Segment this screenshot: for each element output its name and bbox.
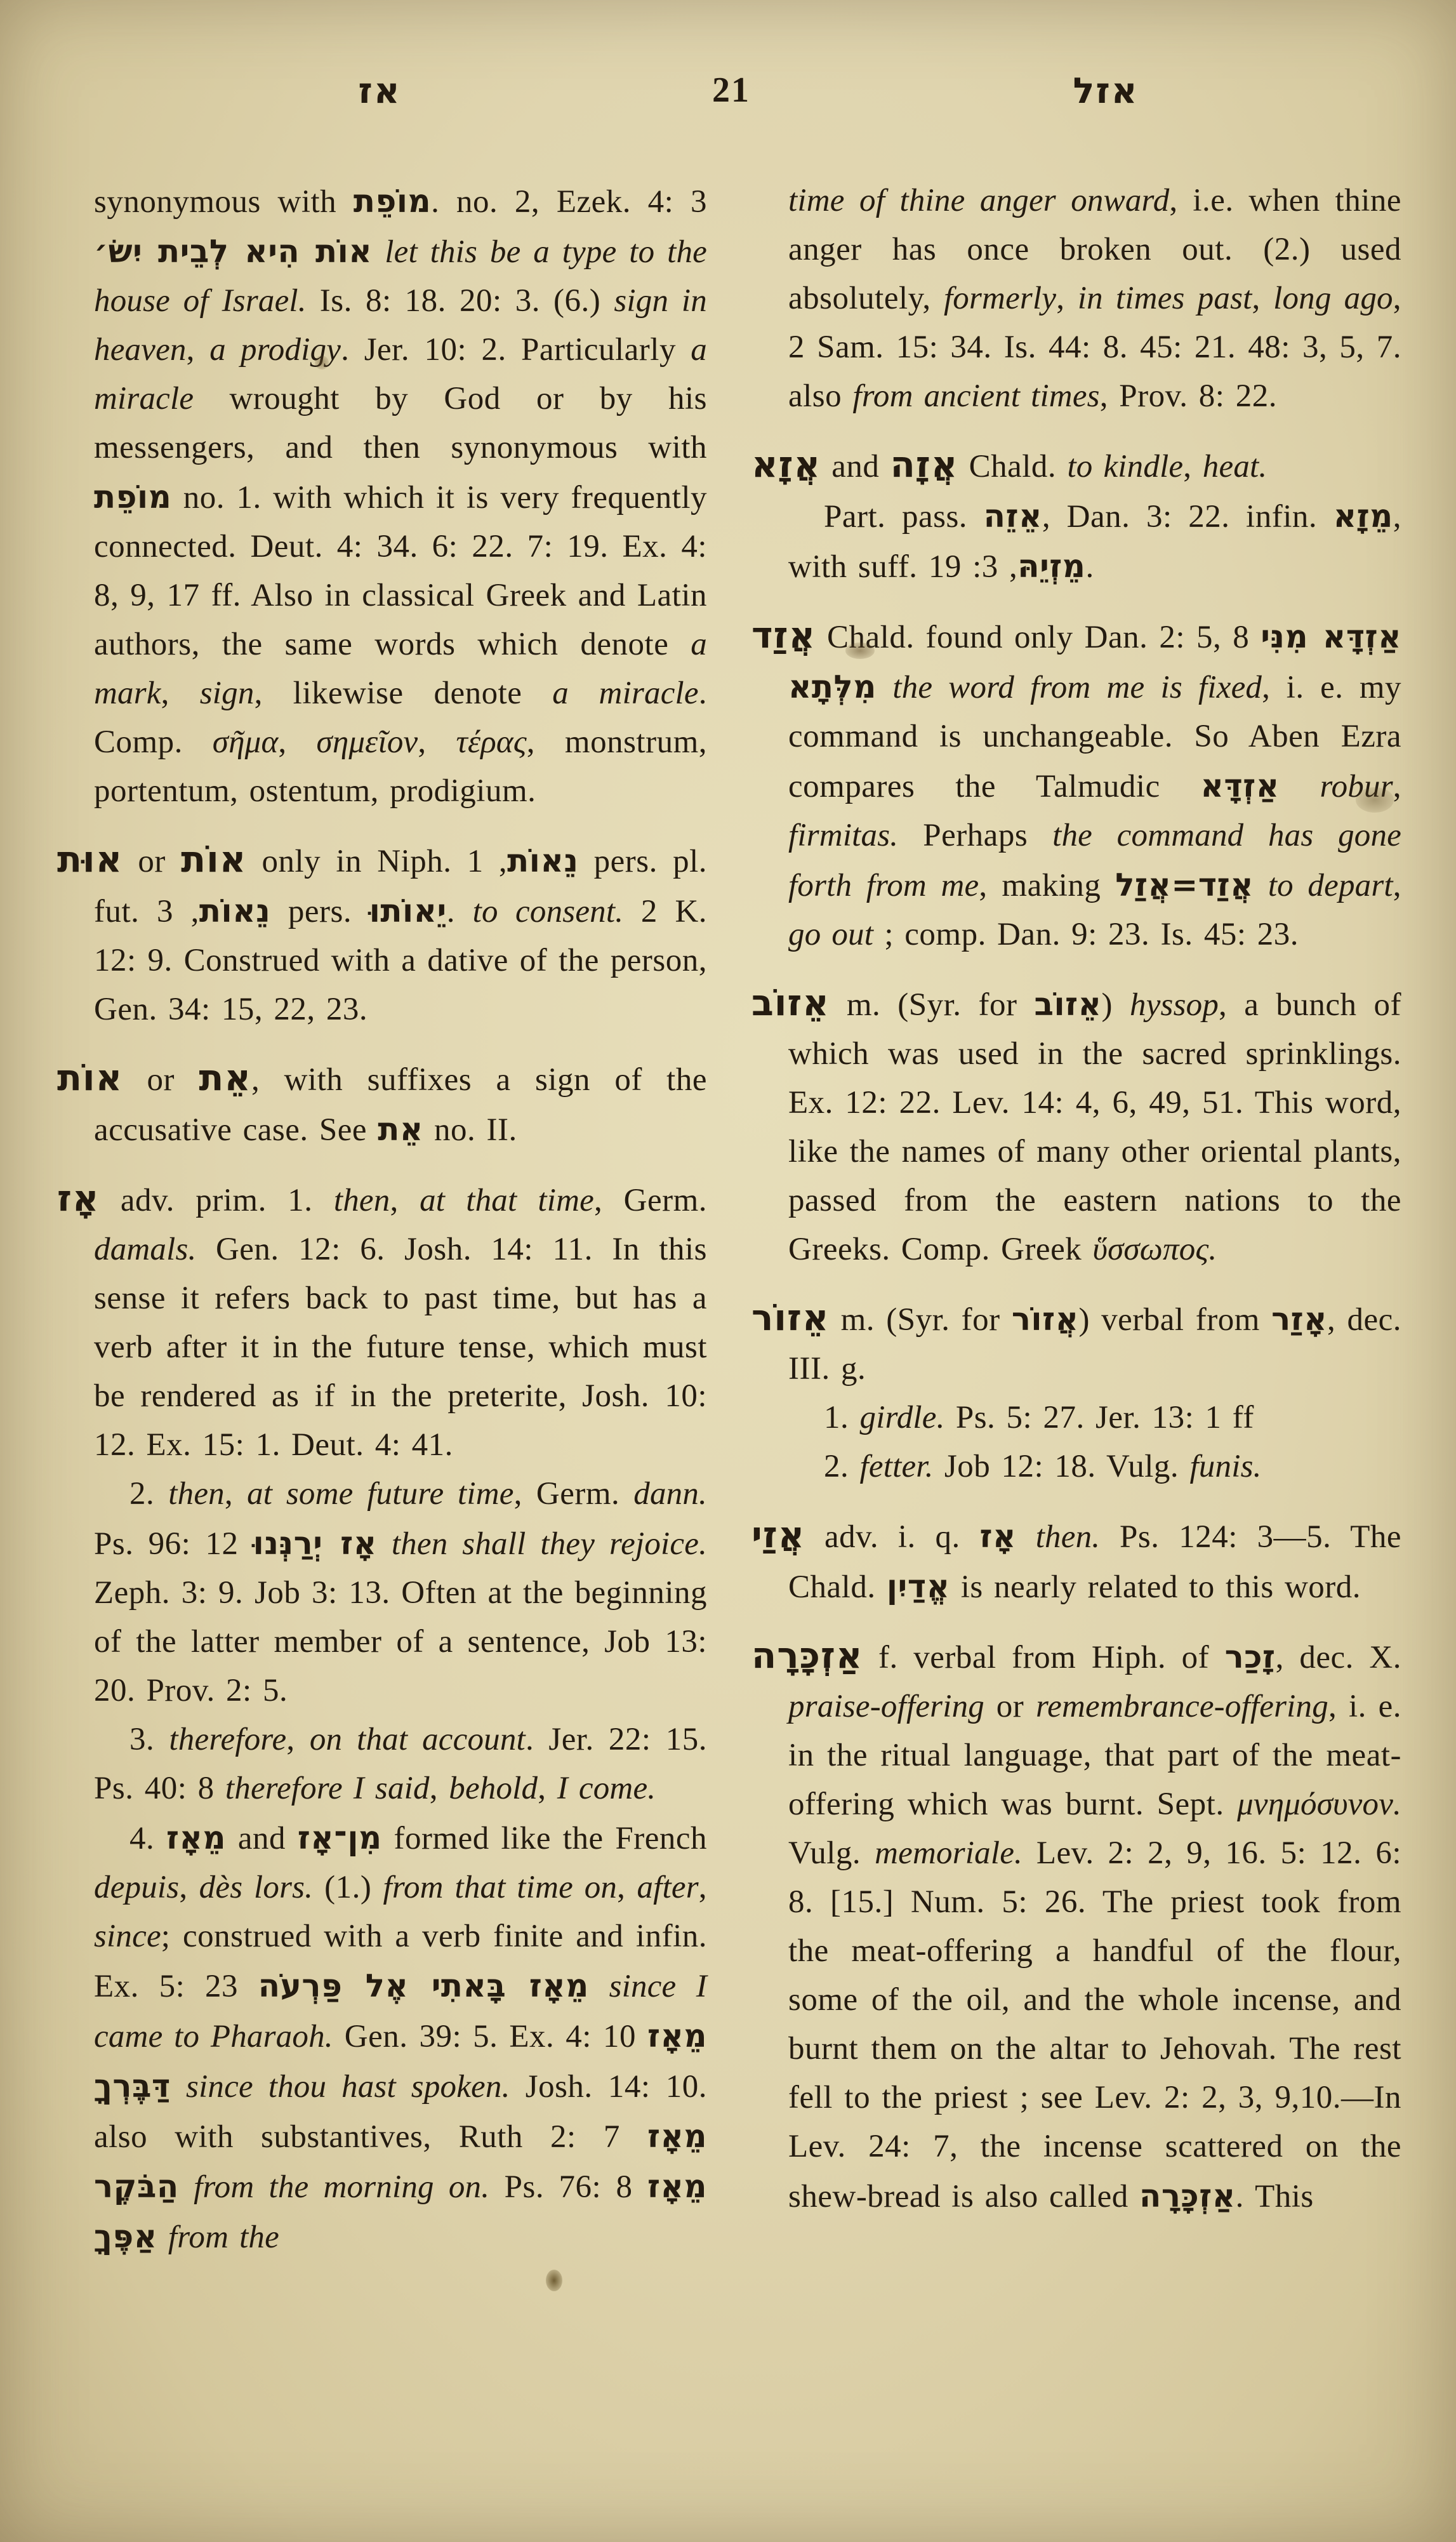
dictionary-paragraph: 2. fetter. Job 12: 18. Vulg. funis. — [788, 1442, 1401, 1491]
header-catchword-right: אזל — [1073, 70, 1138, 112]
header-catchword-left: אז — [358, 70, 400, 112]
dictionary-paragraph: אֲזַי adv. i. q. אָז then. Ps. 124: 3—5.… — [788, 1510, 1401, 1612]
column-left: synonymous with מוֹפֵת. no. 2, Ezek. 4: … — [55, 176, 707, 2542]
dictionary-paragraph: 2. then, at some future time, Germ. dann… — [94, 1470, 707, 1715]
dictionary-paragraph: אֵזוֹב m. (Syr. for אֵזוֹב) hyssop, a bu… — [788, 978, 1401, 1274]
dictionary-paragraph: synonymous with מוֹפֵת. no. 2, Ezek. 4: … — [94, 176, 707, 816]
dictionary-paragraph: אֲזָא and אֲזָה Chald. to kindle, heat. — [788, 440, 1401, 491]
dictionary-paragraph: אוֹת or אֵת, with suffixes a sign of the… — [94, 1053, 707, 1155]
lexicon-page-scan: אז 21 אזל synonymous with מוֹפֵת. no. 2,… — [0, 0, 1456, 2542]
dictionary-paragraph: 4. מֵאָז and מִן־אָז formed like the Fre… — [94, 1813, 707, 2262]
dictionary-paragraph: אֲזַד Chald. found only Dan. 2: 5, 8 אַז… — [788, 611, 1401, 959]
dictionary-paragraph: 3. therefore, on that account. Jer. 22: … — [94, 1715, 707, 1813]
dictionary-paragraph: אַזְכָּרָה f. verbal from Hiph. of זָכַר… — [788, 1631, 1401, 2221]
scanned-page-body: { "page": { "header": { "left_catchword"… — [0, 0, 1456, 2542]
dictionary-paragraph: 1. girdle. Ps. 5: 27. Jer. 13: 1 ff — [788, 1394, 1401, 1442]
column-right: time of thine anger onward, i.e. when th… — [749, 176, 1401, 2542]
text-columns: synonymous with מוֹפֵת. no. 2, Ezek. 4: … — [0, 176, 1456, 2542]
dictionary-paragraph: אוּת or אוֹת only in Niph. נֵאוֹת, 1 per… — [94, 835, 707, 1034]
running-head: אז 21 אזל — [0, 70, 1456, 127]
dictionary-paragraph: אֵזוֹר m. (Syr. for אֲזוֹר) verbal from … — [788, 1293, 1401, 1394]
dictionary-paragraph: אָז adv. prim. 1. then, at that time, Ge… — [94, 1174, 707, 1470]
dictionary-paragraph: Part. pass. אֵזֵה, Dan. 3: 22. infin. מֵ… — [788, 491, 1401, 592]
dictionary-paragraph: time of thine anger onward, i.e. when th… — [788, 176, 1401, 421]
page-number: 21 — [712, 70, 750, 110]
